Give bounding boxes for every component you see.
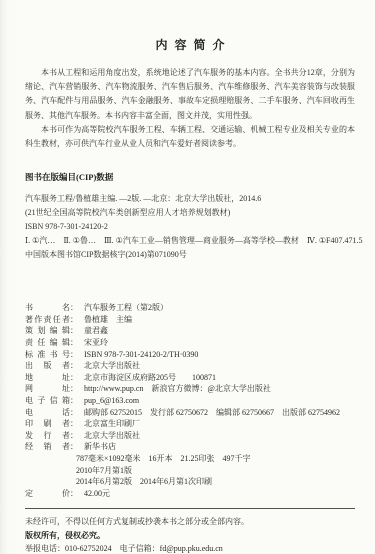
colophon-label: 定价	[25, 488, 70, 500]
colophon-row-email: 电子信箱：pup_6@163.com	[25, 395, 355, 407]
cip-isbn: ISBN 978-7-301-24120-2	[25, 220, 355, 234]
colophon-row-author: 著作责任者：鲁植雄 主编	[25, 314, 355, 326]
content-summary-section: 本书从工程和运用角度出发，系统地论述了汽车服务的基本内容。全书共分12章，分别为…	[25, 66, 355, 151]
colophon-colon: ：	[70, 488, 78, 500]
copyright-notice-section: 未经许可，不得以任何方式复制或抄袭本书之部分或全部内容。 版权所有，侵权必究。 …	[25, 515, 355, 554]
cip-heading: 图书在版编目(CIP)数据	[25, 171, 355, 183]
colophon-label: 发行者	[25, 430, 70, 442]
colophon-value: 42.00元	[84, 488, 110, 500]
colophon-row-distributor: 发行者：北京大学出版社	[25, 430, 355, 442]
colophon-value: 童君鑫	[84, 325, 108, 337]
cip-classification: Ⅰ. ①汽… Ⅱ. ①鲁… Ⅲ. ①汽车工业—销售管理—商业服务—高等学校—教材…	[25, 234, 355, 248]
colophon-colon: ：	[70, 430, 78, 442]
colophon-label: 策划编辑	[25, 325, 70, 337]
colophon-row-responsible-editor: 责任编辑：宋亚玲	[25, 337, 355, 349]
colophon-value: 汽车服务工程（第2版）	[84, 302, 168, 314]
colophon-colon: ：	[70, 418, 78, 430]
cip-record-number: 中国版本图书馆CIP数据核字(2014)第071090号	[25, 248, 355, 262]
second-edition-date: 2014年6月第2版 2014年6月第1次印刷	[76, 476, 355, 488]
colophon-colon: ：	[70, 314, 78, 326]
report-contact-line: 举报电话：010-62752024 电子信箱：fd@pup.pku.edu.cn	[25, 542, 355, 554]
publication-info-section: 书名：汽车服务工程（第2版） 著作责任者：鲁植雄 主编 策划编辑：童君鑫 责任编…	[25, 302, 355, 499]
colophon-row-website: 网址：http://www.pup.cn 新浪官方微博：@北京大学出版社	[25, 383, 355, 395]
colophon-value: 新华书店	[84, 441, 116, 453]
colophon-label: 责任编辑	[25, 337, 70, 349]
colophon-row-publisher: 出版者：北京大学出版社	[25, 360, 355, 372]
colophon-value: 北京大学出版社	[84, 430, 140, 442]
colophon-row-price: 定价：42.00元	[25, 488, 355, 500]
all-rights-reserved-notice: 版权所有，侵权必究。	[25, 529, 355, 542]
colophon-value: ISBN 978-7-301-24120-2/TH·0390	[84, 349, 198, 361]
colophon-row-book-title: 书名：汽车服务工程（第2版）	[25, 302, 355, 314]
colophon-label: 印刷者	[25, 418, 70, 430]
colophon-colon: ：	[70, 360, 78, 372]
colophon-colon: ：	[70, 383, 78, 395]
colophon-row-phone: 电话：邮购部 62752015 发行部 62750672 编辑部 6275066…	[25, 407, 355, 419]
colophon-colon: ：	[70, 441, 78, 453]
no-copy-notice: 未经许可，不得以任何方式复制或抄袭本书之部分或全部内容。	[25, 515, 355, 528]
cip-data-section: 图书在版编目(CIP)数据 汽车服务工程/鲁植雄主编. —2版. —北京：北京大…	[25, 171, 355, 262]
colophon-colon: ：	[70, 395, 78, 407]
colophon-value: 北京大学出版社	[84, 360, 140, 372]
colophon-row-printer: 印刷者：北京富生印刷厂	[25, 418, 355, 430]
colophon-label: 标准书号	[25, 349, 70, 361]
cip-title-statement: 汽车服务工程/鲁植雄主编. —2版. —北京：北京大学出版社，2014.6	[25, 192, 355, 206]
colophon-label: 电话	[25, 407, 70, 419]
divider-rule	[25, 508, 355, 509]
colophon-value: 北京富生印刷厂	[84, 418, 140, 430]
first-edition-date: 2010年7月第1版	[76, 465, 355, 477]
colophon-label: 网址	[25, 383, 70, 395]
cip-series-statement: (21世纪全国高等院校汽车类创新型应用人才培养规划教材)	[25, 206, 355, 220]
colophon-row-address: 地址：北京市海淀区成府路205号 100871	[25, 372, 355, 384]
content-summary-title: 内容简介	[25, 36, 355, 53]
print-format-spec: 787毫米×1092毫米 16开本 21.25印张 497千字	[76, 453, 355, 465]
colophon-value: 邮购部 62752015 发行部 62750672 编辑部 62750667 出…	[84, 407, 340, 419]
book-copyright-page: 内容简介 本书从工程和运用角度出发，系统地论述了汽车服务的基本内容。全书共分12…	[0, 0, 375, 554]
colophon-row-planning-editor: 策划编辑：童君鑫	[25, 325, 355, 337]
colophon-value: 宋亚玲	[84, 337, 108, 349]
colophon-label: 经销者	[25, 441, 70, 453]
colophon-row-retailer: 经销者：新华书店	[25, 441, 355, 453]
colophon-value: pup_6@163.com	[84, 395, 139, 407]
intro-paragraph-1: 本书从工程和运用角度出发，系统地论述了汽车服务的基本内容。全书共分12章，分别为…	[25, 66, 355, 123]
colophon-value: 鲁植雄 主编	[84, 314, 132, 326]
colophon-colon: ：	[70, 337, 78, 349]
colophon-label: 出版者	[25, 360, 70, 372]
colophon-colon: ：	[70, 407, 78, 419]
colophon-value: http://www.pup.cn 新浪官方微博：@北京大学出版社	[84, 383, 271, 395]
colophon-value: 北京市海淀区成府路205号 100871	[84, 372, 216, 384]
colophon-colon: ：	[70, 349, 78, 361]
colophon-colon: ：	[70, 325, 78, 337]
colophon-label: 电子信箱	[25, 395, 70, 407]
colophon-label: 地址	[25, 372, 70, 384]
intro-paragraph-2: 本书可作为高等院校汽车服务工程、车辆工程、交通运输、机械工程专业及相关专业的本科…	[25, 123, 355, 151]
colophon-colon: ：	[70, 302, 78, 314]
colophon-colon: ：	[70, 372, 78, 384]
colophon-row-isbn: 标准书号：ISBN 978-7-301-24120-2/TH·0390	[25, 349, 355, 361]
colophon-label: 书名	[25, 302, 70, 314]
colophon-label: 著作责任者	[25, 314, 70, 326]
